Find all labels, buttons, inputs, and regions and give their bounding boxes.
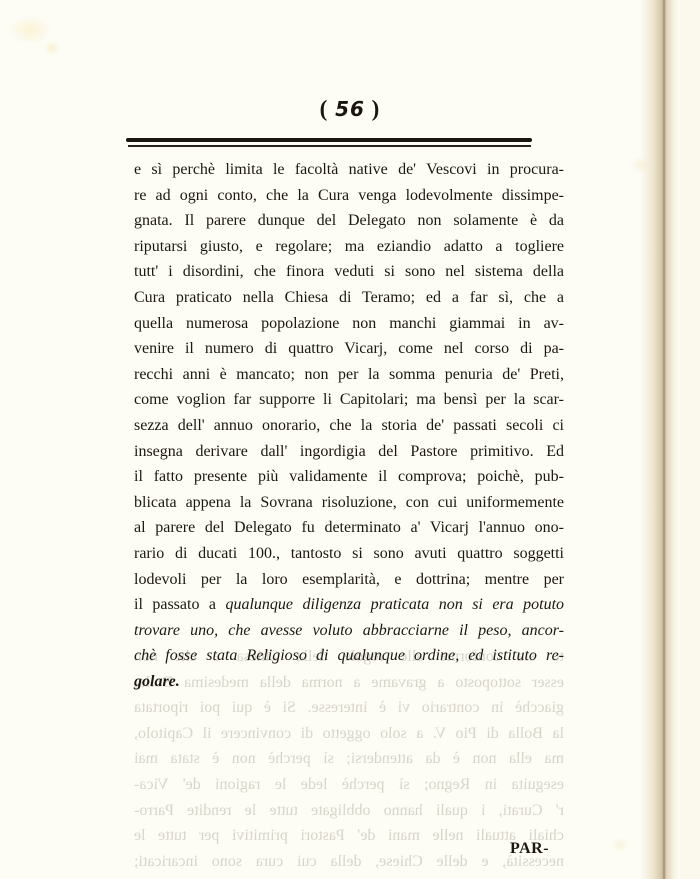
- text-line: Cura praticato nella Chiesa di Teramo; e…: [134, 285, 564, 311]
- text-line-italic: trovare uno, che avesse voluto abbraccia…: [134, 618, 564, 644]
- roman-segment: il passato a: [134, 596, 225, 613]
- text-line: sezza dell' annuo onorario, che la stori…: [134, 413, 564, 439]
- text-line: gnata. Il parere dunque del Delegato non…: [134, 208, 564, 234]
- text-line: il fatto presente più validamente il com…: [134, 464, 564, 490]
- italic-segment: qualunque diligenza praticata non si era…: [225, 596, 564, 613]
- page-number-value: 56: [335, 97, 365, 121]
- bleed-line: eseguita in Regno; sì perchè lede le rag…: [134, 772, 564, 798]
- text-line: insegna derivare dall' ingordigia del Pa…: [134, 439, 564, 465]
- bleed-line: ma ella non è da attendersi; sì perchè n…: [134, 746, 564, 772]
- bleed-line: giacchè in contrario vi è interesse. Si …: [134, 695, 564, 721]
- text-line: riputarsi giusto, e regolare; ma eziandi…: [134, 234, 564, 260]
- text-line: e sì perchè limita le facoltà native de'…: [134, 157, 564, 183]
- text-line: al parere del Delegato fu determinato a'…: [134, 515, 564, 541]
- text-line: tutt' i disordini, che finora veduti si …: [134, 259, 564, 285]
- text-line-mixed: il passato a qualunque diligenza pratica…: [134, 592, 564, 618]
- text-line: come voglion far supporre li Capitolari;…: [134, 387, 564, 413]
- text-line: recchi anni è mancato; non per la somma …: [134, 362, 564, 388]
- text-line: quella numerosa popolazione non manchi g…: [134, 311, 564, 337]
- bleed-line: necessità, e delle Chiese, della cui cur…: [134, 849, 564, 875]
- text-line: re ad ogni conto, che la Cura venga lode…: [134, 183, 564, 209]
- body-text: e sì perchè limita le facoltà native de'…: [134, 157, 564, 694]
- catchword: PAR-: [510, 840, 549, 858]
- text-line: blicata appena la Sovrana risoluzione, c…: [134, 490, 564, 516]
- text-line: rario di ducati 100., tantosto si sono a…: [134, 541, 564, 567]
- text-line-italic-last: golare.: [134, 669, 564, 695]
- page-number-paren-close: ): [372, 96, 381, 121]
- header-rule-thick: [126, 138, 532, 142]
- bleed-line: r' Curati, i quali hanno obbligate tutte…: [134, 798, 564, 824]
- book-page: ( 56 ) to sia conforme alle regole della…: [0, 0, 700, 879]
- bleed-line: chiali attuali nelle mani de' Pastori pr…: [134, 823, 564, 849]
- text-line: lodevoli per la loro esemplarità, e dott…: [134, 567, 564, 593]
- text-line: venire il numero di quattro Vicarj, come…: [134, 336, 564, 362]
- text-line-italic: chè fosse stata Religioso di qualunque o…: [134, 643, 564, 669]
- page-number-paren-open: (: [320, 96, 329, 121]
- facing-page-edge: [680, 0, 700, 879]
- page-number: ( 56 ): [0, 96, 700, 122]
- page-gutter-fold: [640, 0, 680, 879]
- bleed-line: la Bolla di Pio V. a solo oggetto di con…: [134, 721, 564, 747]
- header-rule-thin: [128, 145, 531, 147]
